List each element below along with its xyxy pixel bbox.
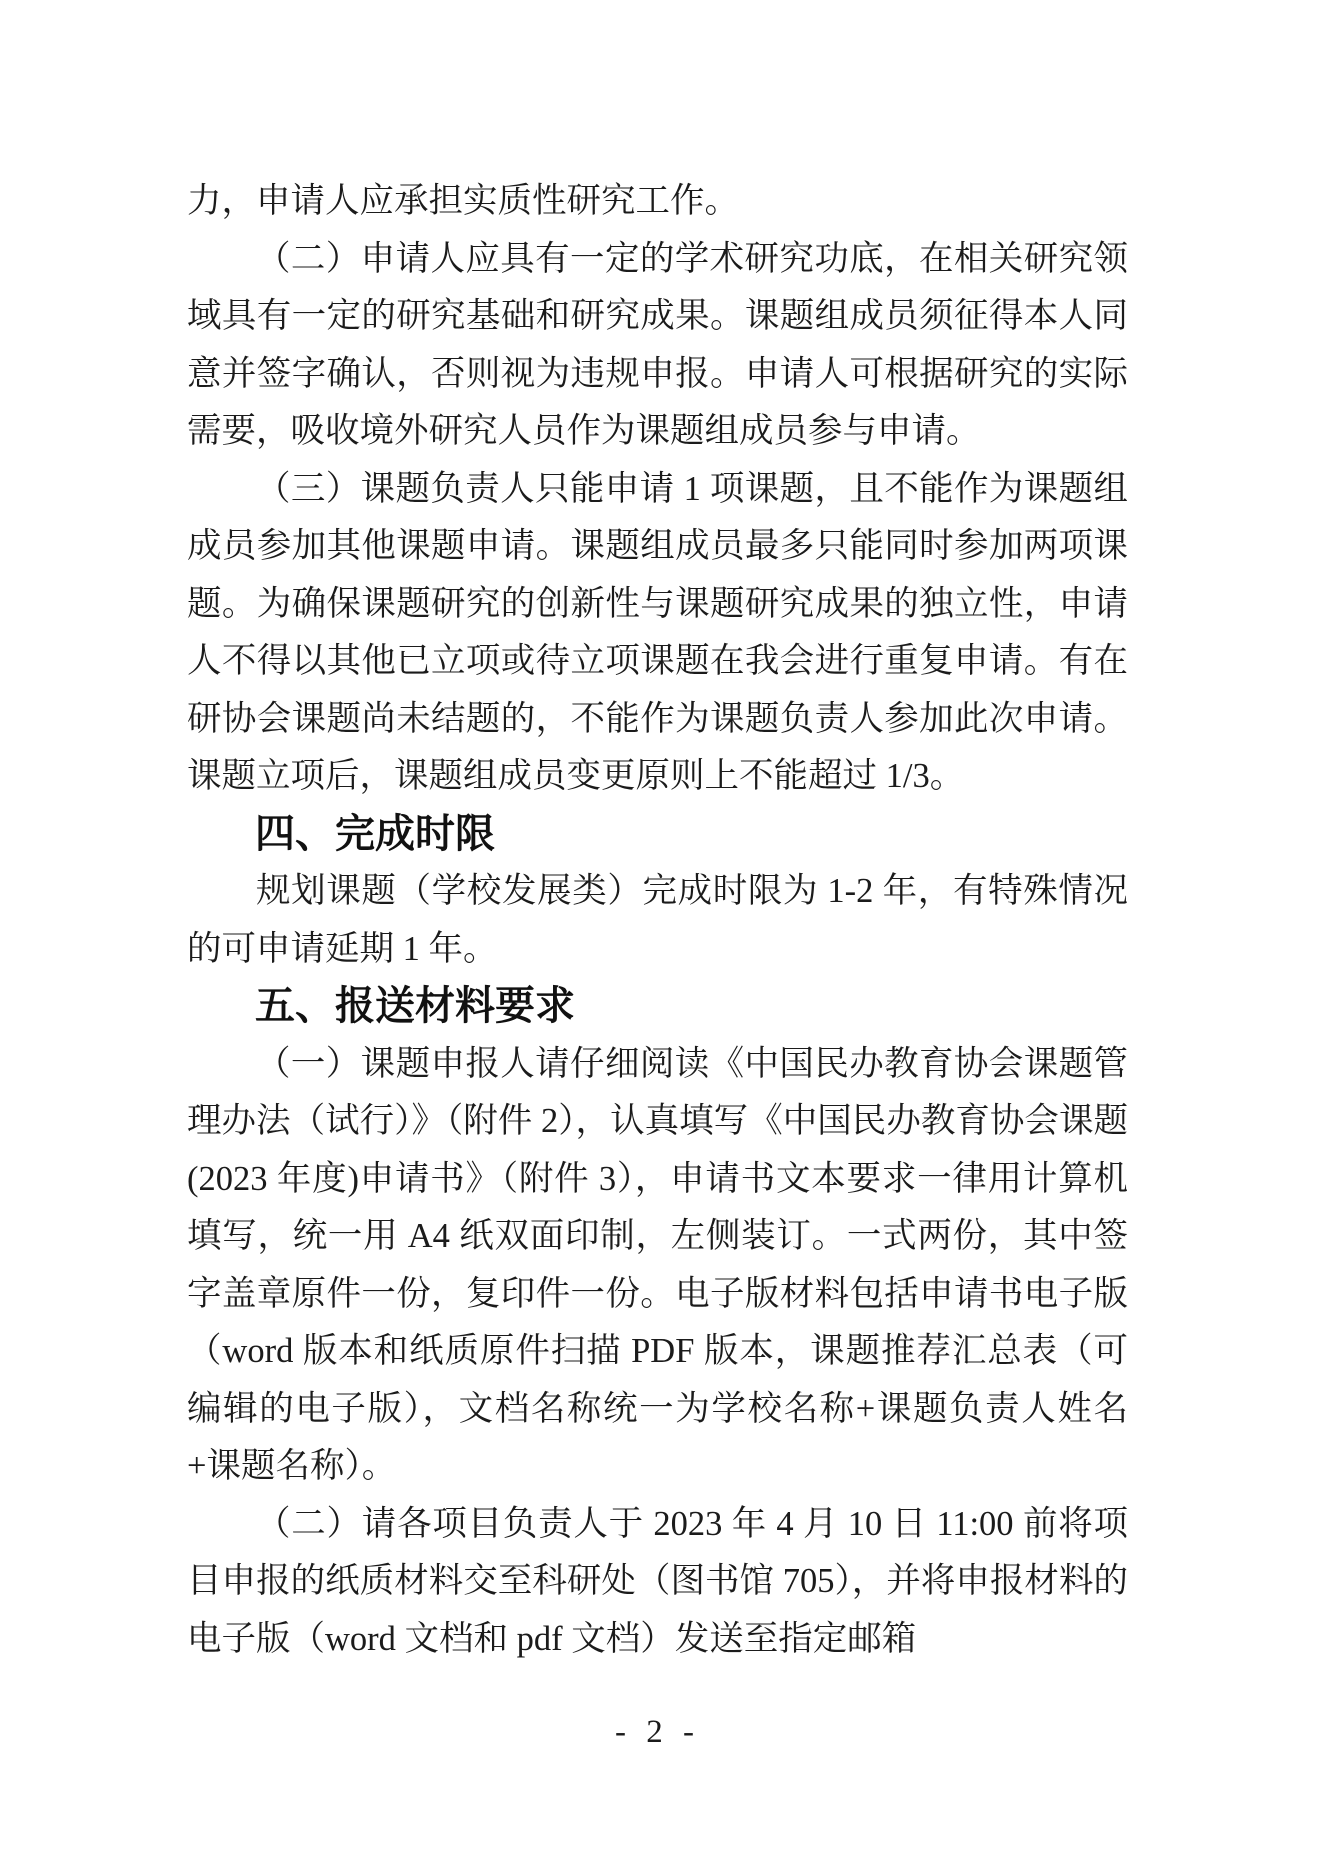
paragraph: （二）申请人应具有一定的学术研究功底，在相关研究领域具有一定的研究基础和研究成果… [187,231,1128,461]
paragraph: （三）课题负责人只能申请 1 项课题，且不能作为课题组成员参加其他课题申请。课题… [187,461,1128,806]
paragraph: 规划课题（学校发展类）完成时限为 1-2 年，有特殊情况的可申请延期 1 年。 [187,863,1128,978]
page-number: - 2 - [187,1712,1128,1752]
paragraph: （二）请各项目负责人于 2023 年 4 月 10 日 11:00 前将项目申报… [187,1496,1128,1669]
document-page: 力，申请人应承担实质性研究工作。（二）申请人应具有一定的学术研究功底，在相关研究… [0,0,1317,1865]
section-heading: 五、报送材料要求 [187,978,1128,1036]
paragraph: 力，申请人应承担实质性研究工作。 [187,173,1128,231]
paragraph: （一）课题申报人请仔细阅读《中国民办教育协会课题管理办法（试行）》（附件 2），… [187,1036,1128,1496]
section-heading: 四、完成时限 [187,806,1128,864]
document-body: 力，申请人应承担实质性研究工作。（二）申请人应具有一定的学术研究功底，在相关研究… [187,173,1128,1668]
